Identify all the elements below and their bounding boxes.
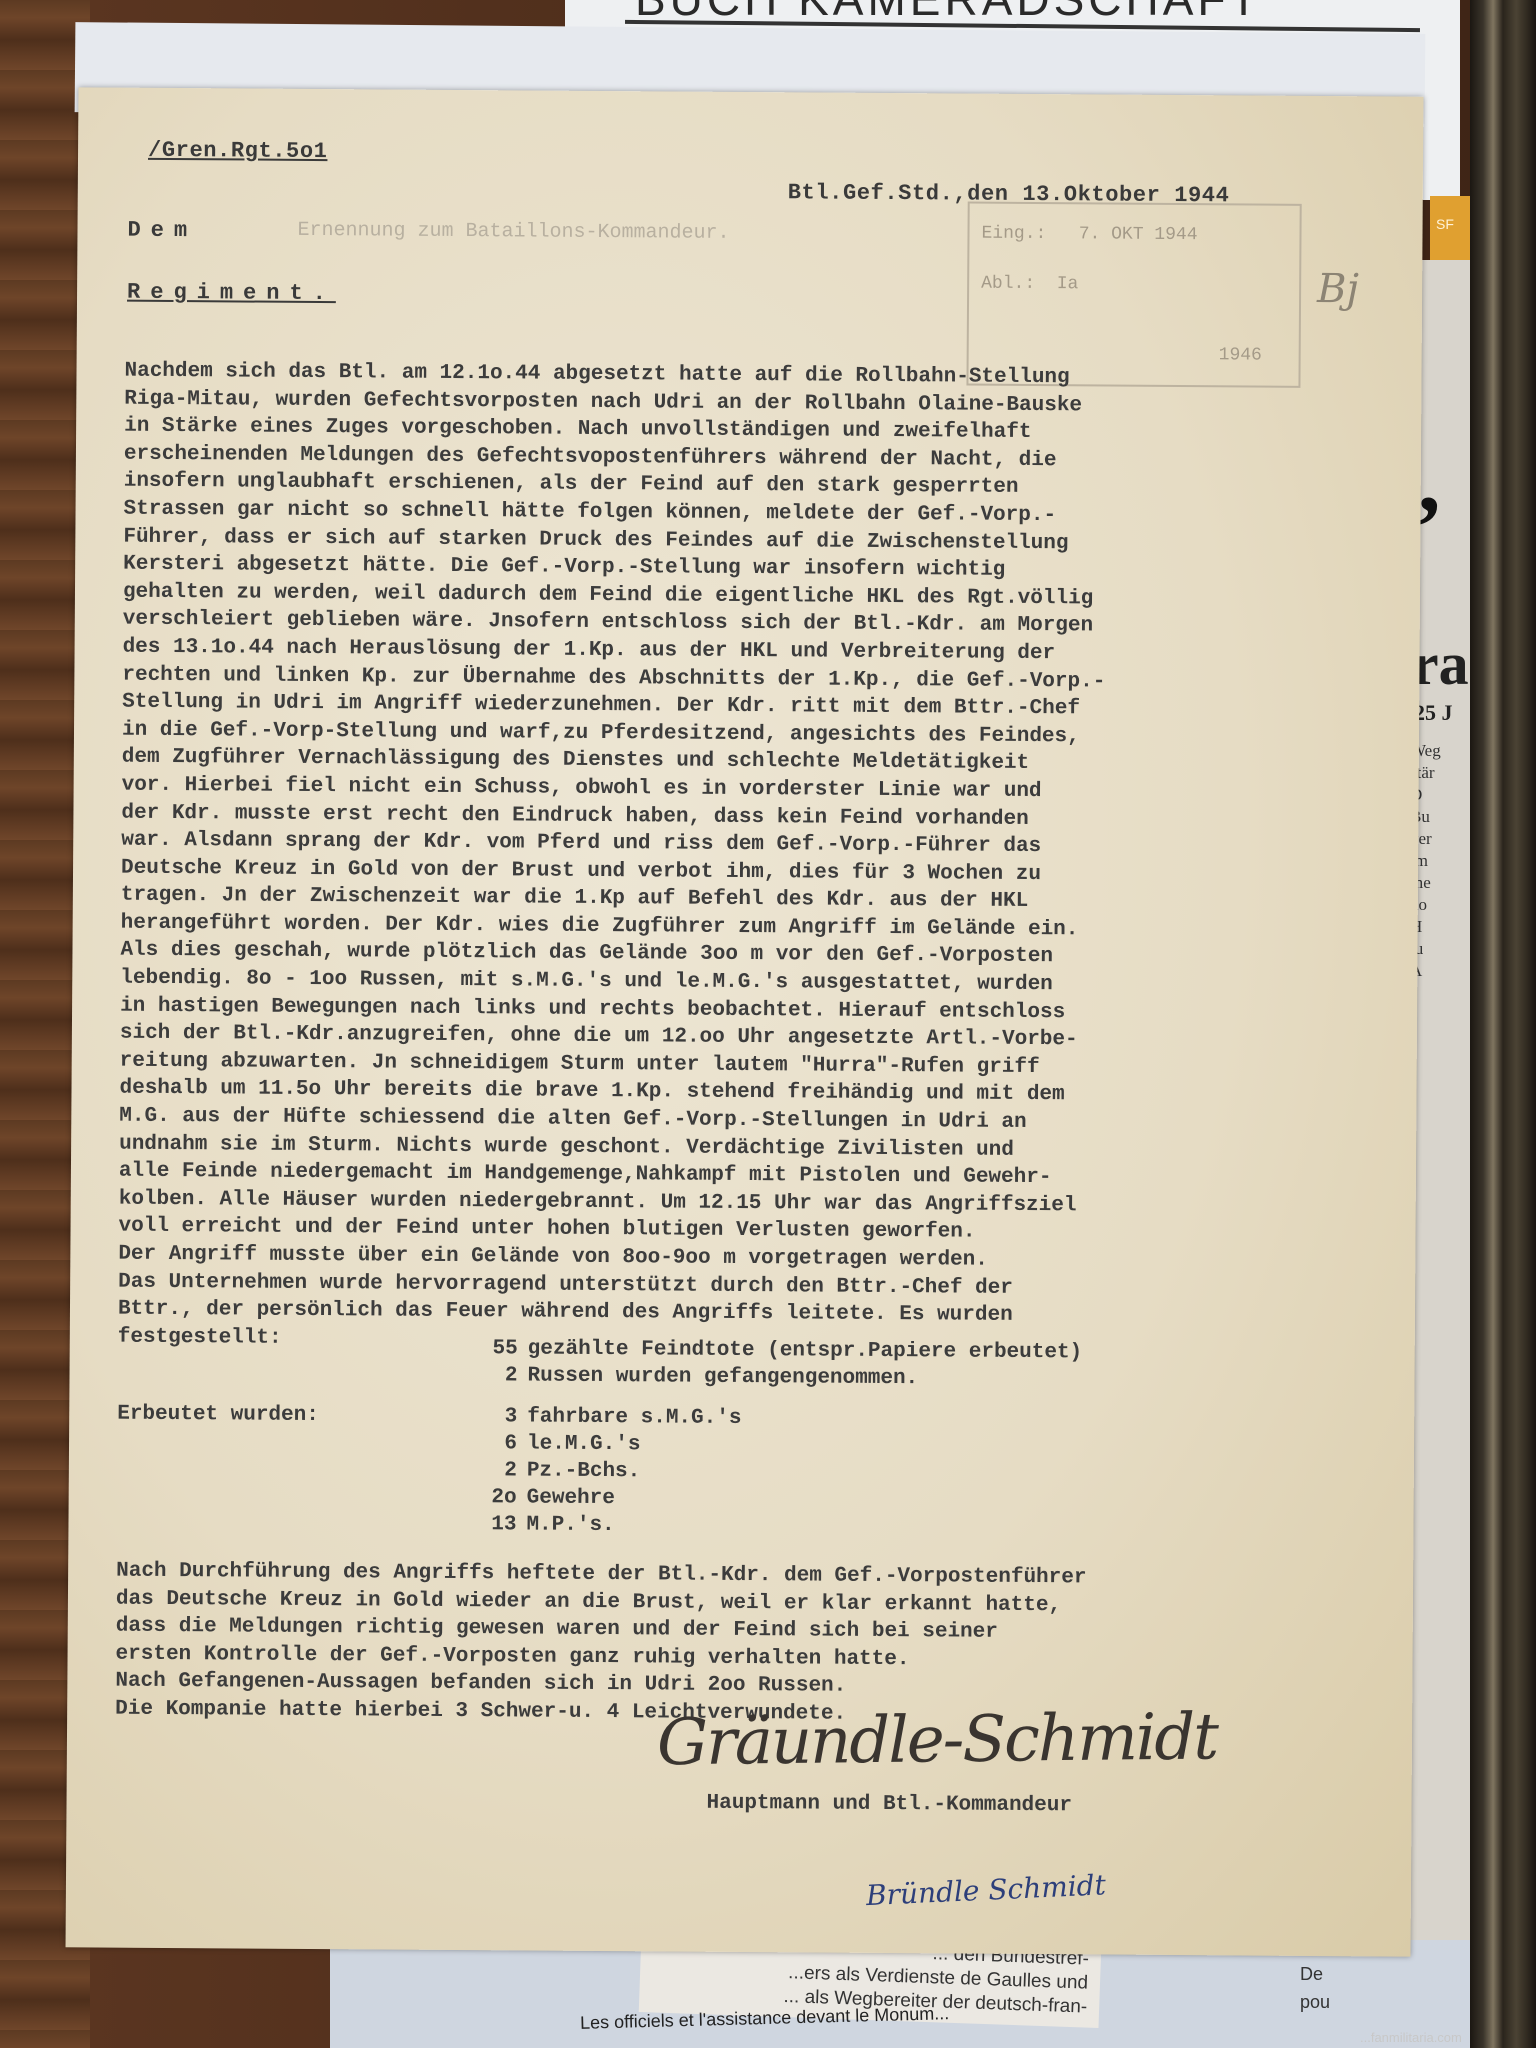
list-quantity: 55 [478,1337,518,1360]
column-fragment: no [1410,894,1470,916]
list-quantity: 3 [477,1405,517,1428]
column-fragment: D [1410,784,1470,806]
typed-letter: /Gren.Rgt.5o1 Btl.Gef.Std.,den 13.Oktobe… [66,87,1424,1956]
signature-title: Hauptmann und Btl.-Kommandeur [706,1792,1072,1818]
column-fragment: Bu [1410,806,1470,828]
stamp-attachments: Abl.: Ia [981,274,1078,295]
date-fragment: 25 J [1414,700,1453,726]
column-fragment: tu [1410,938,1470,960]
fragment-text: pou [1300,1988,1330,2016]
stamp-footer: 1946 [1219,345,1262,365]
column-fragment: t [1410,982,1470,1004]
handwritten-initials: Bj [1317,266,1359,312]
list-text: Russen wurden gefangengenommen. [527,1364,918,1390]
second-signature: Bründle Schmidt [865,1868,1106,1912]
column-fragment: Weg [1410,740,1470,762]
bottom-right-fragment: De pou [1300,1960,1330,2016]
list-quantity: 6 [477,1432,517,1455]
column-fragment: ver [1410,828,1470,850]
addressee-line-1: Dem [127,218,197,243]
list-quantity: 13 [476,1513,516,1536]
list-text: Pz.-Bchs. [527,1459,641,1483]
column-fragment: me [1410,872,1470,894]
fragment-text: De [1300,1960,1330,1988]
list-text: le.M.G.'s [527,1432,641,1456]
list-text: gezählte Feindtote (entspr.Papiere erbeu… [528,1337,1083,1364]
headline-fragment: ra [1412,630,1469,699]
list-quantity: 2 [477,1459,517,1482]
list-label: Erbeutet wurden: [117,1403,319,1427]
signature: Gräundle-Schmidt [657,1700,1218,1780]
received-stamp: Eing.: 7. OKT 1944 Abl.: Ia 1946 [966,202,1301,388]
unit-header: /Gren.Rgt.5o1 [148,138,328,164]
headline-comma: , [1418,430,1441,533]
column-fragment: im [1410,850,1470,872]
column-fragment: stär [1410,762,1470,784]
watermark: ...fanmilitaria.com [1360,2030,1462,2045]
list-quantity: 2 [477,1364,517,1387]
column-fragment: H [1410,916,1470,938]
list-text: Gewehre [527,1486,615,1510]
addressee-line-2: Regiment. [127,280,336,306]
orange-tab-text: SF [1436,216,1454,232]
stamp-received: Eing.: 7. OKT 1944 [981,224,1197,246]
bleedthrough-text: Ernennung zum Bataillons-Kommandeur. [297,219,729,245]
list-quantity: 2o [477,1486,517,1509]
column-fragment: A [1410,960,1470,982]
letter-body: Nachdem sich das Btl. am 12.1o.44 abgese… [118,358,1395,1360]
list-text: M.P.'s. [526,1513,614,1537]
findings-list: 55gezählte Feindtote (entspr.Papiere erb… [116,1335,1387,1547]
column-fragment: l [1410,1004,1470,1026]
list-text: fahrbare s.M.G.'s [527,1405,741,1429]
column-fragments: WegstärDBuverimmenoHtuAtl [1410,740,1470,1026]
picture-frame-edge [1470,0,1536,2048]
